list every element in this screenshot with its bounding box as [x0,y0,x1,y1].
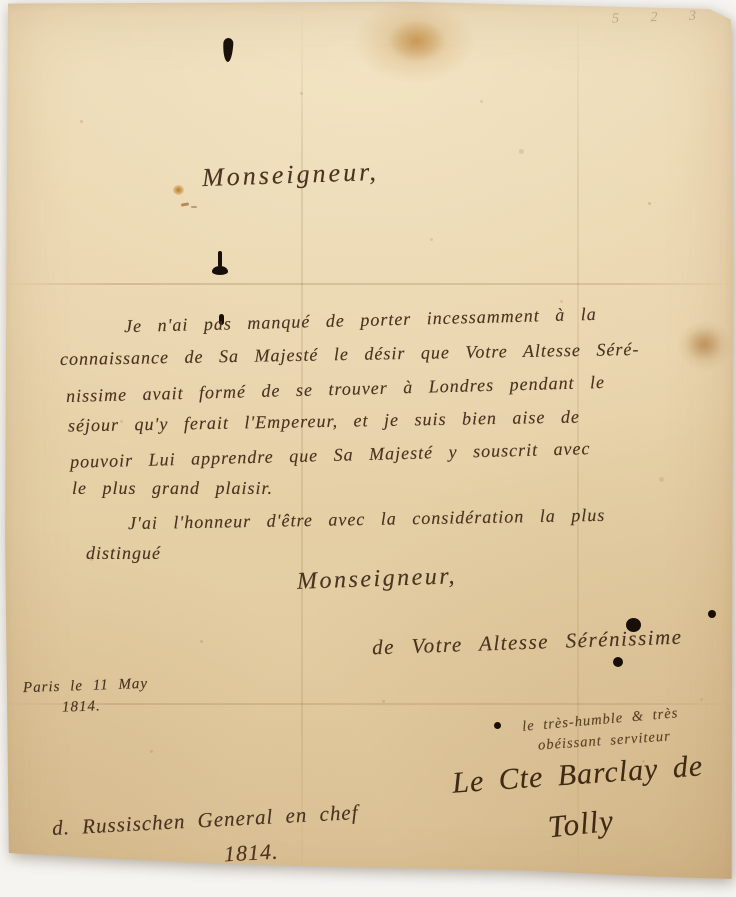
signature-line-1: Le Cte Barclay de [451,749,704,800]
fox-spot [191,206,197,208]
photo-background: 5 2 3 Monseigneur, Je n'ai pas manqué de… [0,0,736,897]
horizontal-fold-crease [0,283,736,285]
body-line-3: nissime avait formé de se trouver à Lond… [66,372,605,407]
fox-spot [173,185,184,195]
ink-stain [686,328,722,360]
closing-sentence-line-2: distingué [86,543,161,564]
closing-formula: de Votre Altesse Sérénissime [372,625,683,661]
closing-sentence-line-1: J'ai l'honneur d'être avec la considérat… [128,505,606,534]
signature-line-2: Tolly [546,803,615,846]
horizontal-fold-crease [0,703,736,705]
letter-paper: 5 2 3 Monseigneur, Je n'ai pas manqué de… [0,0,736,897]
ink-blot [222,38,233,62]
pencil-mark: 5 2 3 [612,8,706,27]
ink-stain [388,20,446,62]
dateline-place: Paris le 11 May [23,676,149,697]
ink-dot [613,657,623,667]
annotation-year: 1814. [223,839,279,868]
body-line-1: Je n'ai pas manqué de porter incessammen… [124,304,597,337]
dateline-year: 1814. [62,698,101,716]
annotation-line-1: d. Russischen General en chef [52,800,360,841]
salutation: Monseigneur, [202,157,380,193]
body-line-5: pouvoir Lui apprendre que Sa Majesté y s… [70,438,591,473]
body-line-2: connaissance de Sa Majesté le désir que … [60,339,640,370]
body-line-4: séjour qu'y ferait l'Empereur, et je sui… [68,407,580,437]
ink-dot [494,722,501,729]
foxing-specks [0,0,3,3]
closing-salutation: Monseigneur, [297,563,458,596]
fox-spot [181,202,189,206]
ink-dot [708,610,716,618]
ink-blot [212,266,228,275]
letter-paper-wrap: 5 2 3 Monseigneur, Je n'ai pas manqué de… [0,0,736,897]
body-line-6: le plus grand plaisir. [72,478,273,499]
